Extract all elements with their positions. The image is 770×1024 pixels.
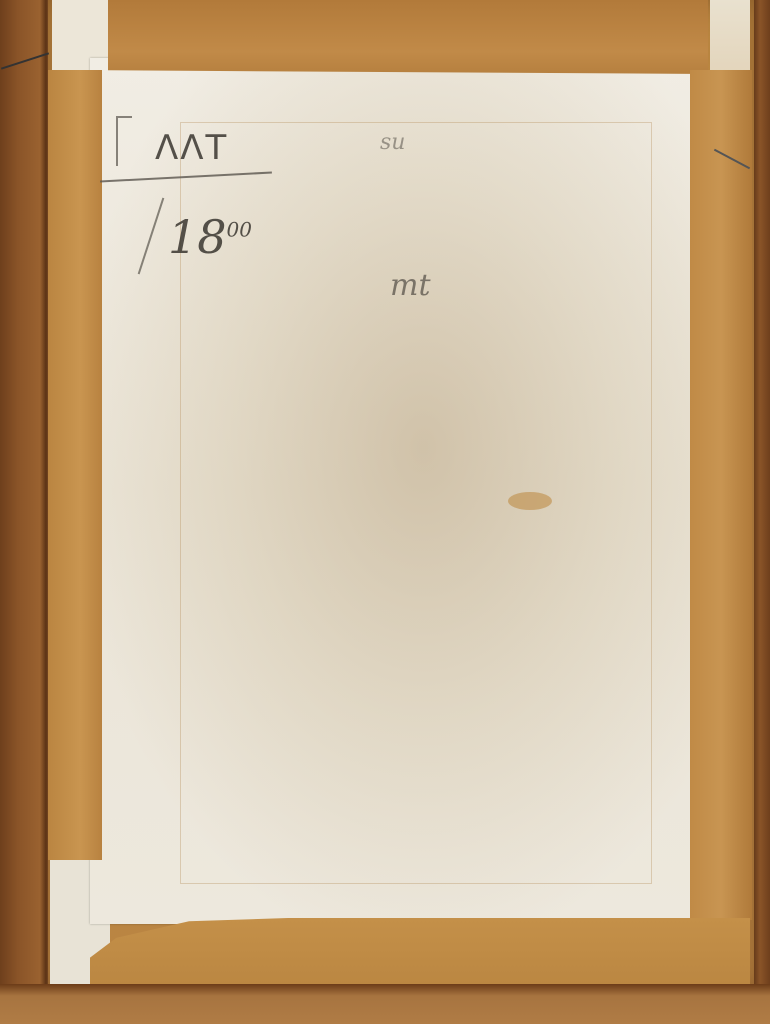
- stain-spot: [508, 492, 552, 510]
- tape-right: [690, 70, 752, 920]
- inscription-price: 1800: [168, 210, 252, 264]
- tape-left: [48, 70, 102, 860]
- inscription-code: ΛΛT: [155, 128, 228, 168]
- inscription-faint-middle: mt: [390, 268, 431, 303]
- price-superscript: 00: [227, 218, 252, 242]
- pencil-bracket: [116, 116, 132, 166]
- tape-bottom: [90, 918, 750, 984]
- tape-top: [108, 0, 708, 74]
- frame-bottom-rail: [0, 984, 770, 1024]
- price-value: 18: [168, 210, 227, 264]
- inscription-faint-top: su: [380, 130, 405, 155]
